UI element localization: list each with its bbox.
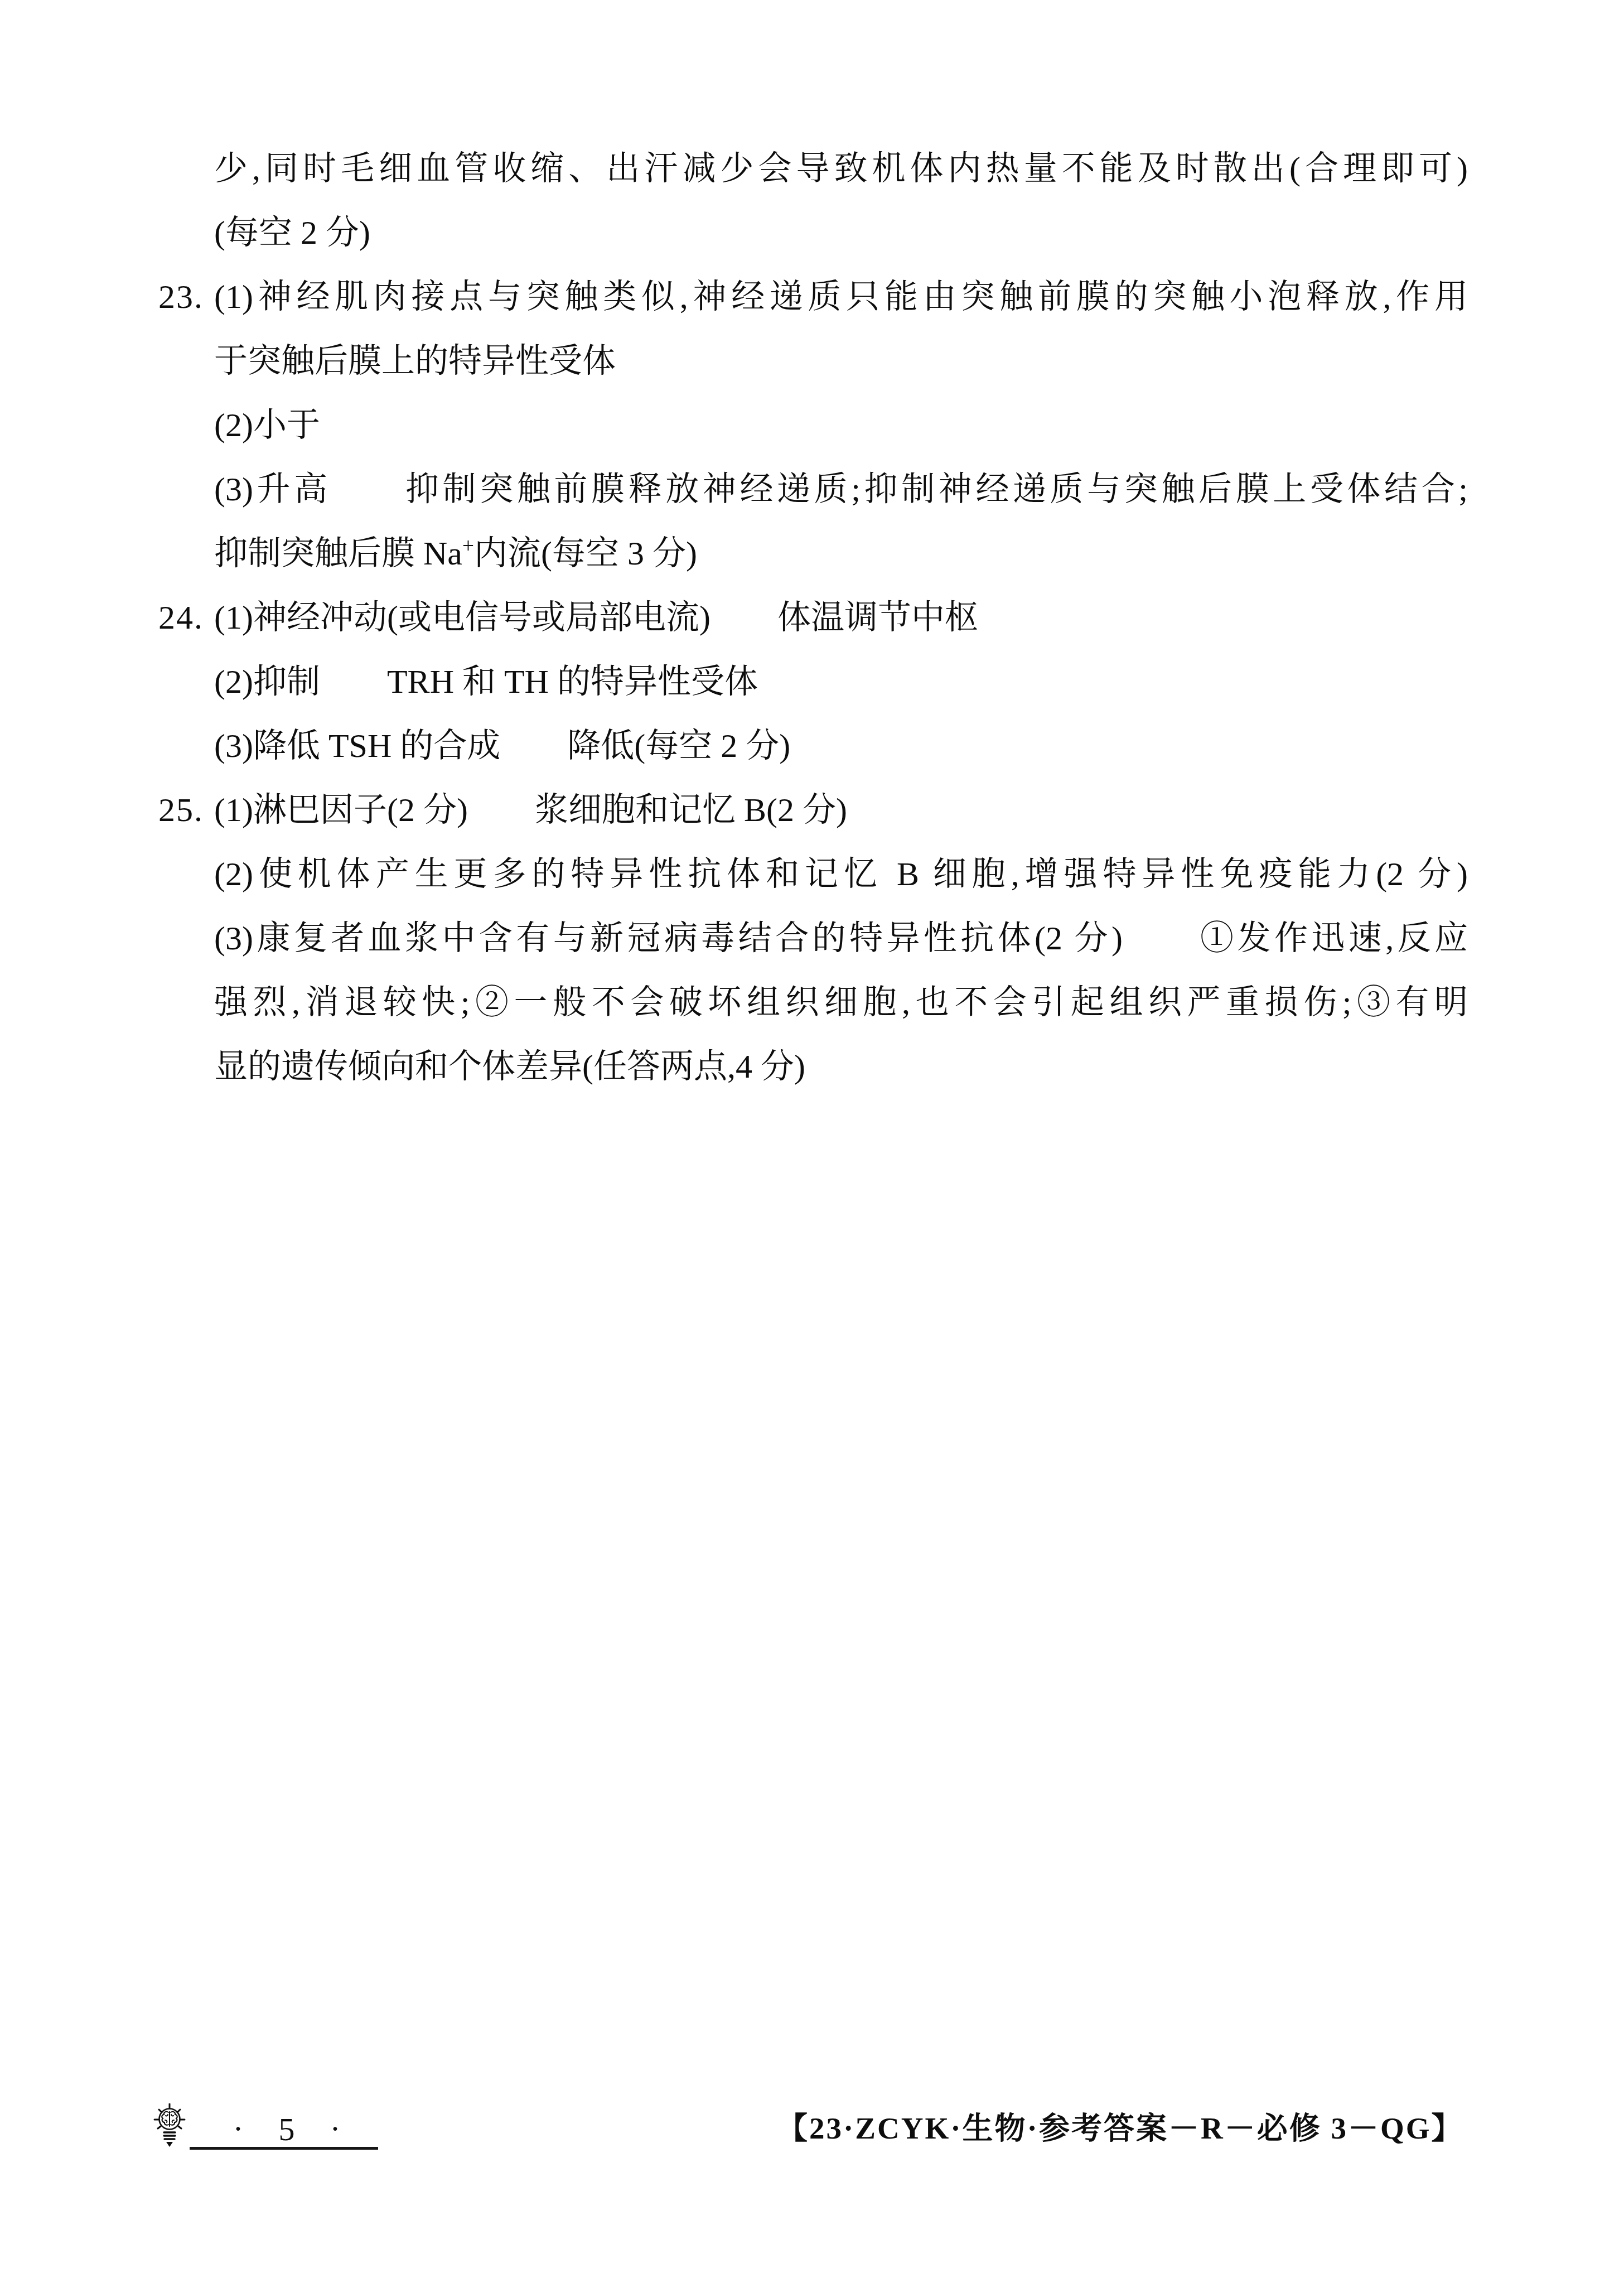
page-number-block: · 5 · <box>234 2111 339 2148</box>
line-text: (2)抑制 TRH 和 TH 的特异性受体 <box>214 650 1468 714</box>
answer-line: 少,同时毛细血管收缩、出汗减少会导致机体内热量不能及时散出(合理即可) <box>158 137 1472 201</box>
page-number: 5 <box>279 2111 295 2148</box>
na-plus-superscript: + <box>462 535 474 558</box>
question-number: 24. <box>158 586 204 650</box>
answer-line-q23: 23. (1)神经肌肉接点与突触类似,神经递质只能由突触前膜的突触小泡释放,作用 <box>158 265 1472 329</box>
exam-code: 【23·ZCYK·生物·参考答案－R－必修 3－QG】 <box>777 2110 1463 2147</box>
line-text: 少,同时毛细血管收缩、出汗减少会导致机体内热量不能及时散出(合理即可) <box>214 137 1468 201</box>
answer-line: (3)升高 抑制突触前膜释放神经递质;抑制神经递质与突触后膜上受体结合; <box>158 457 1472 522</box>
answer-line: 显的遗传倾向和个体差异(任答两点,4 分) <box>158 1035 1472 1099</box>
line-text: (2)小于 <box>214 393 1468 457</box>
answer-line: (2)小于 <box>158 393 1472 457</box>
question-number: 23. <box>158 265 204 329</box>
answer-line: (每空 2 分) <box>158 201 1472 265</box>
line-text: (3)升高 抑制突触前膜释放神经递质;抑制神经递质与突触后膜上受体结合; <box>214 457 1468 522</box>
line-text: 抑制突触后膜 Na+内流(每空 3 分) <box>214 522 1468 586</box>
lightbulb-brain-icon <box>153 2103 186 2149</box>
line-text: (3)康复者血浆中含有与新冠病毒结合的特异性抗体(2 分) ①发作迅速,反应 <box>214 906 1468 971</box>
answer-line: (2)使机体产生更多的特异性抗体和记忆 B 细胞,增强特异性免疫能力(2 分) <box>158 842 1472 906</box>
page-number-dot-right: · <box>331 2111 339 2148</box>
answer-line-na-influx: 抑制突触后膜 Na+内流(每空 3 分) <box>158 522 1472 586</box>
line-text: (3)降低 TSH 的合成 降低(每空 2 分) <box>214 714 1468 778</box>
line-text-pre: 抑制突触后膜 Na <box>214 535 462 572</box>
line-text: (1)神经肌肉接点与突触类似,神经递质只能由突触前膜的突触小泡释放,作用 <box>214 265 1468 329</box>
answer-line: (3)降低 TSH 的合成 降低(每空 2 分) <box>158 714 1472 778</box>
line-text-post: 内流(每空 3 分) <box>474 535 697 572</box>
answer-line: (2)抑制 TRH 和 TH 的特异性受体 <box>158 650 1472 714</box>
line-text: 强烈,消退较快;②一般不会破坏组织细胞,也不会引起组织严重损伤;③有明 <box>214 971 1468 1035</box>
answer-line: 强烈,消退较快;②一般不会破坏组织细胞,也不会引起组织严重损伤;③有明 <box>158 971 1472 1035</box>
answer-line-q25: 25. (1)淋巴因子(2 分) 浆细胞和记忆 B(2 分) <box>158 778 1472 842</box>
line-text: (1)淋巴因子(2 分) 浆细胞和记忆 B(2 分) <box>214 778 1468 842</box>
answer-line: (3)康复者血浆中含有与新冠病毒结合的特异性抗体(2 分) ①发作迅速,反应 <box>158 906 1472 971</box>
line-text: (每空 2 分) <box>214 201 1468 265</box>
page-number-underline <box>190 2147 378 2150</box>
answer-key-page: 少,同时毛细血管收缩、出汗减少会导致机体内热量不能及时散出(合理即可) (每空 … <box>0 0 1624 2283</box>
answer-line: 于突触后膜上的特异性受体 <box>158 329 1472 393</box>
line-text: (1)神经冲动(或电信号或局部电流) 体温调节中枢 <box>214 586 1468 650</box>
line-text: 显的遗传倾向和个体差异(任答两点,4 分) <box>214 1035 1468 1099</box>
line-text: 于突触后膜上的特异性受体 <box>214 329 1468 393</box>
answers-text-block: 少,同时毛细血管收缩、出汗减少会导致机体内热量不能及时散出(合理即可) (每空 … <box>158 137 1472 1099</box>
page-number-dot-left: · <box>234 2111 242 2148</box>
line-text: (2)使机体产生更多的特异性抗体和记忆 B 细胞,增强特异性免疫能力(2 分) <box>214 842 1468 906</box>
answer-line-q24: 24. (1)神经冲动(或电信号或局部电流) 体温调节中枢 <box>158 586 1472 650</box>
question-number: 25. <box>158 778 204 842</box>
